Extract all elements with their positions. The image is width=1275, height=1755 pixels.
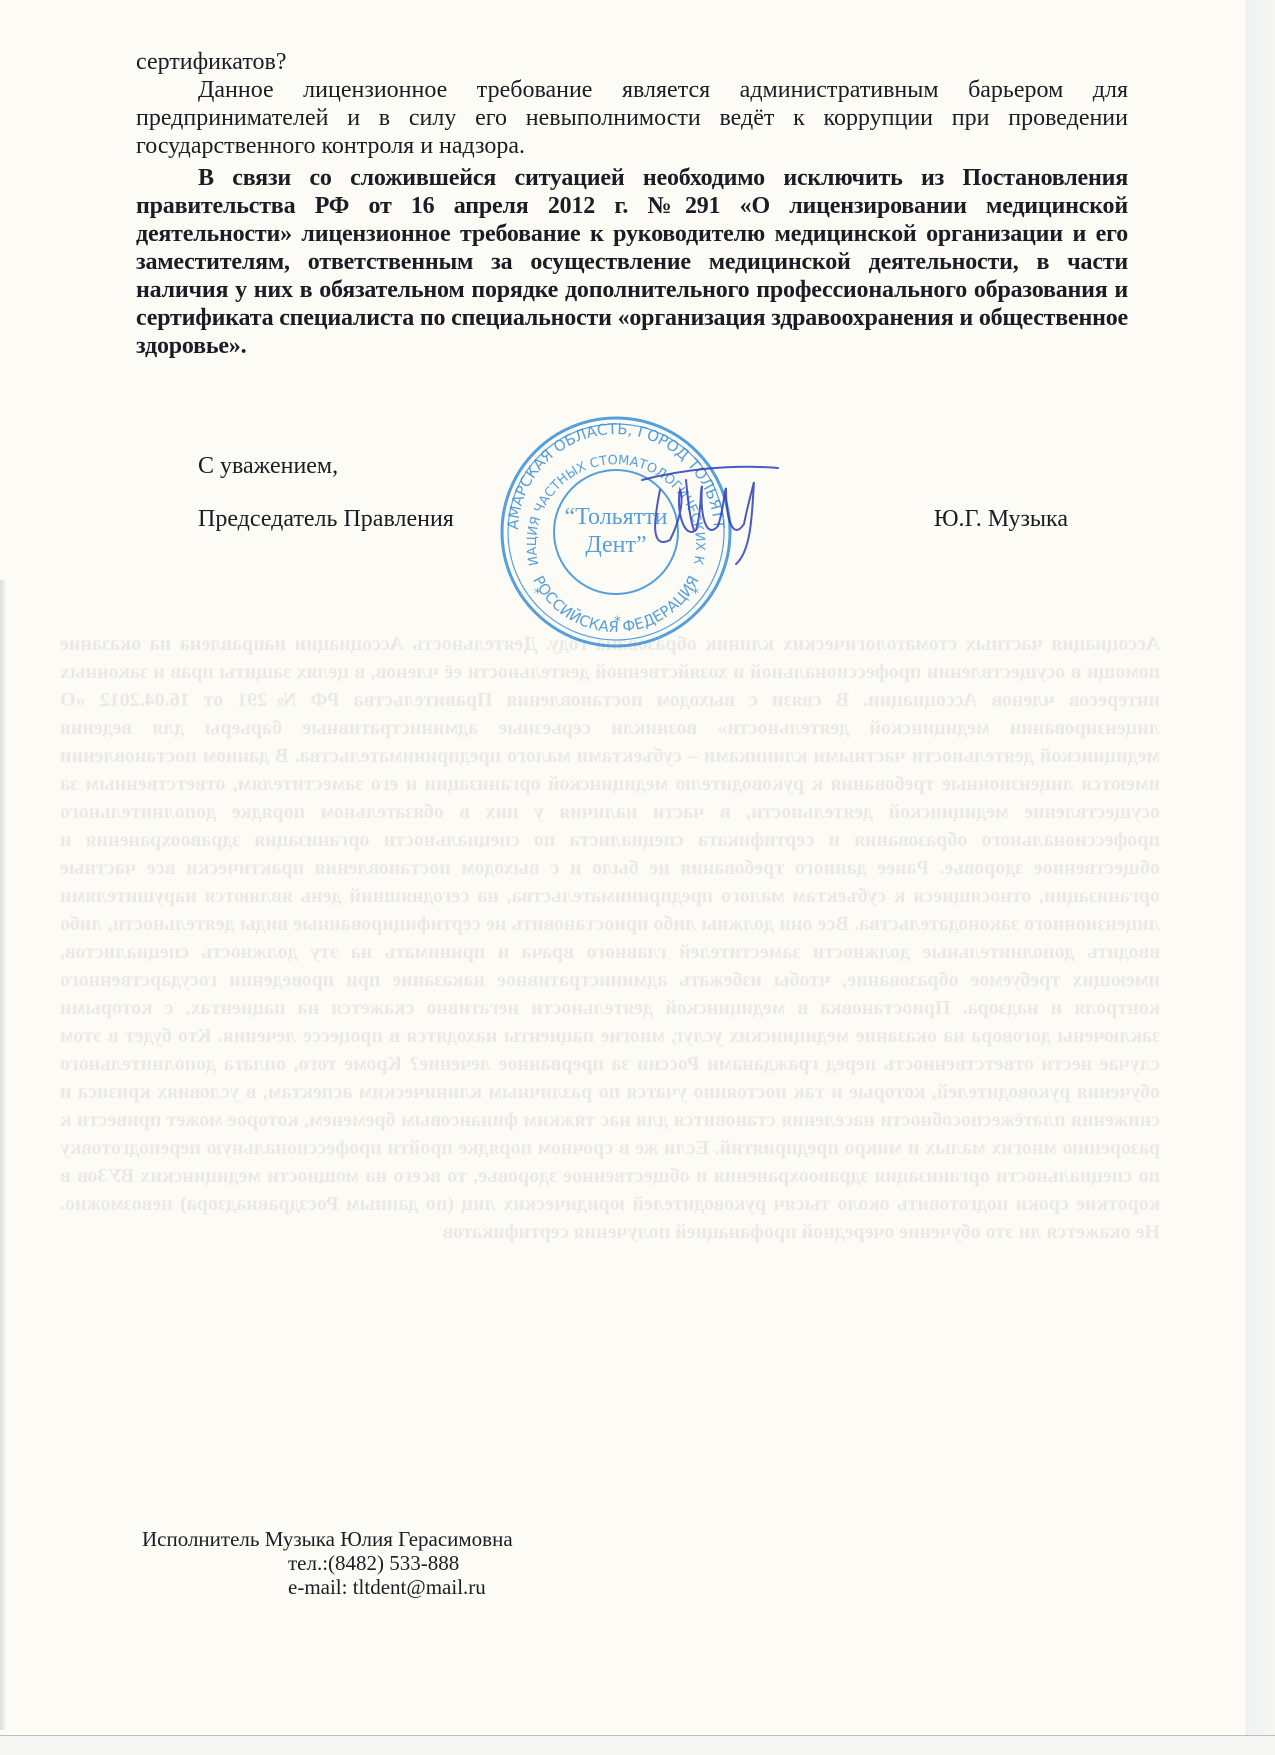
paragraph-barrier: Данное лицензионное требование является … <box>136 77 1128 159</box>
page-bottom-edge <box>0 1735 1275 1755</box>
handwritten-signature <box>640 460 780 570</box>
stamp-star-icon: * <box>614 614 621 630</box>
continuation-text: сертификатов? <box>136 49 287 75</box>
page-edge-left <box>0 580 6 1730</box>
stamp-star-icon: * <box>692 586 699 602</box>
executor-contact-block: Исполнитель Музыка Юлия Герасимовна тел.… <box>142 1527 513 1599</box>
closing-salutation: С уважением, <box>198 453 338 480</box>
executor-name: Исполнитель Музыка Юлия Герасимовна <box>142 1527 513 1551</box>
page-edge-right <box>1246 0 1275 1755</box>
stamp-center-line2: Дент” <box>585 532 646 558</box>
signatory-title: Председатель Правления <box>198 506 454 533</box>
executor-email: e-mail: tltdent@mail.ru <box>142 1575 513 1599</box>
reverse-side-bleed-through: Ассоциация частных стоматологических кли… <box>60 630 1160 1490</box>
signatory-name: Ю.Г. Музыка <box>934 506 1068 533</box>
stamp-star-icon: * <box>534 586 541 602</box>
letter-body: сертификатов? Данное лицензионное требов… <box>136 48 1128 160</box>
paragraph-demand: В связи со сложившейся ситуацией необход… <box>136 164 1128 360</box>
executor-phone: тел.:(8482) 533-888 <box>142 1551 513 1575</box>
